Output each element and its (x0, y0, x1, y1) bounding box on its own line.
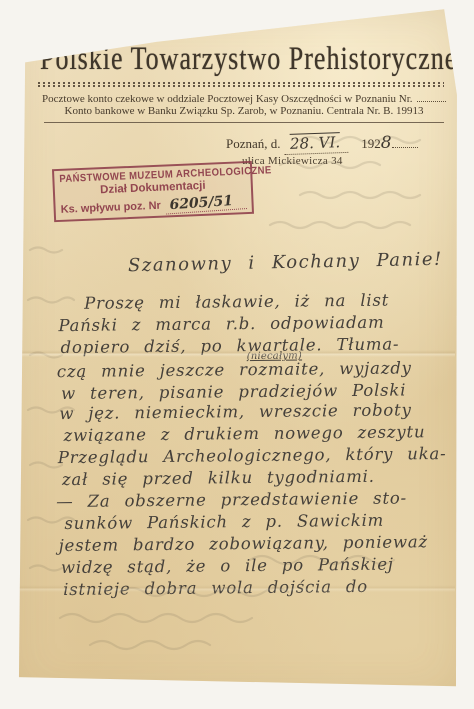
letter-body-line: dopiero dziś, po kwartale. Tłuma- (61, 335, 400, 358)
account-line-bank: Konto bankowe w Banku Związku Sp. Zarob,… (42, 105, 446, 117)
stamp-entry-number: 6205/51 (165, 192, 247, 214)
letter-body-line: Przeglądu Archeologicznego, który uka- (58, 444, 447, 467)
letter-body-line: Proszę mi łaskawie, iż na list (84, 291, 389, 313)
handwritten-date: 28. VI. (283, 133, 348, 155)
letter-body: Proszę mi łaskawie, iż na list Pański z … (54, 286, 458, 290)
year-handwritten-digit: 8 (381, 133, 392, 153)
letter-body-line: widzę stąd, że o ile po Pańskiej (61, 555, 394, 577)
letter-body-line: zał się przed kilku tygodniami. (62, 467, 375, 489)
letter-body-line: związane z drukiem nowego zeszytu (63, 422, 425, 445)
dotted-fill-line (417, 91, 446, 102)
ornamental-divider (38, 82, 444, 87)
letter-body-line: — Za obszerne przedstawienie sto- (56, 488, 407, 511)
stamp-entry-label: Ks. wpływu poz. Nr (60, 200, 161, 216)
account-line-postal-text: Pocztowe konto czekowe w oddziale Poczto… (42, 93, 413, 105)
letter-body-line: sunków Pańskich z p. Sawickim (64, 511, 384, 533)
archive-stamp: PAŃSTWOWE MUZEUM ARCHEOLOGICZNE Dział Do… (52, 161, 254, 222)
letter-body-line: jestem bardzo zobowiązany, ponieważ (59, 532, 428, 555)
letter-body-line: w jęz. niemieckim, wreszcie roboty (59, 400, 412, 423)
letterhead-title: Polskie Towarzystwo Prehistoryczne (40, 40, 440, 78)
date-place-label: Poznań, d. (226, 136, 281, 151)
date-line: Poznań, d. 28. VI. 1928 (226, 133, 418, 154)
letter-body-line: w teren, pisanie pradziejów Polski (61, 380, 406, 403)
letterhead-rule (44, 122, 444, 123)
letter-body-line: Pański z marca r.b. odpowiadam (58, 313, 384, 335)
letter-body-line: istnieje dobra wola dojścia do (63, 577, 368, 599)
letter-body-line: czą mnie jeszcze rozmaite, wyjazdy (57, 358, 412, 381)
salutation: Szanowny i Kochany Panie! (128, 249, 443, 277)
letter-paper: Polskie Towarzystwo Prehistoryczne Poczt… (0, 0, 474, 709)
handwritten-day-month: 28. VI. (289, 133, 340, 153)
account-line-postal: Pocztowe konto czekowe w oddziale Poczto… (42, 91, 446, 105)
year-printed: 192 (361, 136, 381, 151)
dotted-fill-line (392, 136, 418, 148)
